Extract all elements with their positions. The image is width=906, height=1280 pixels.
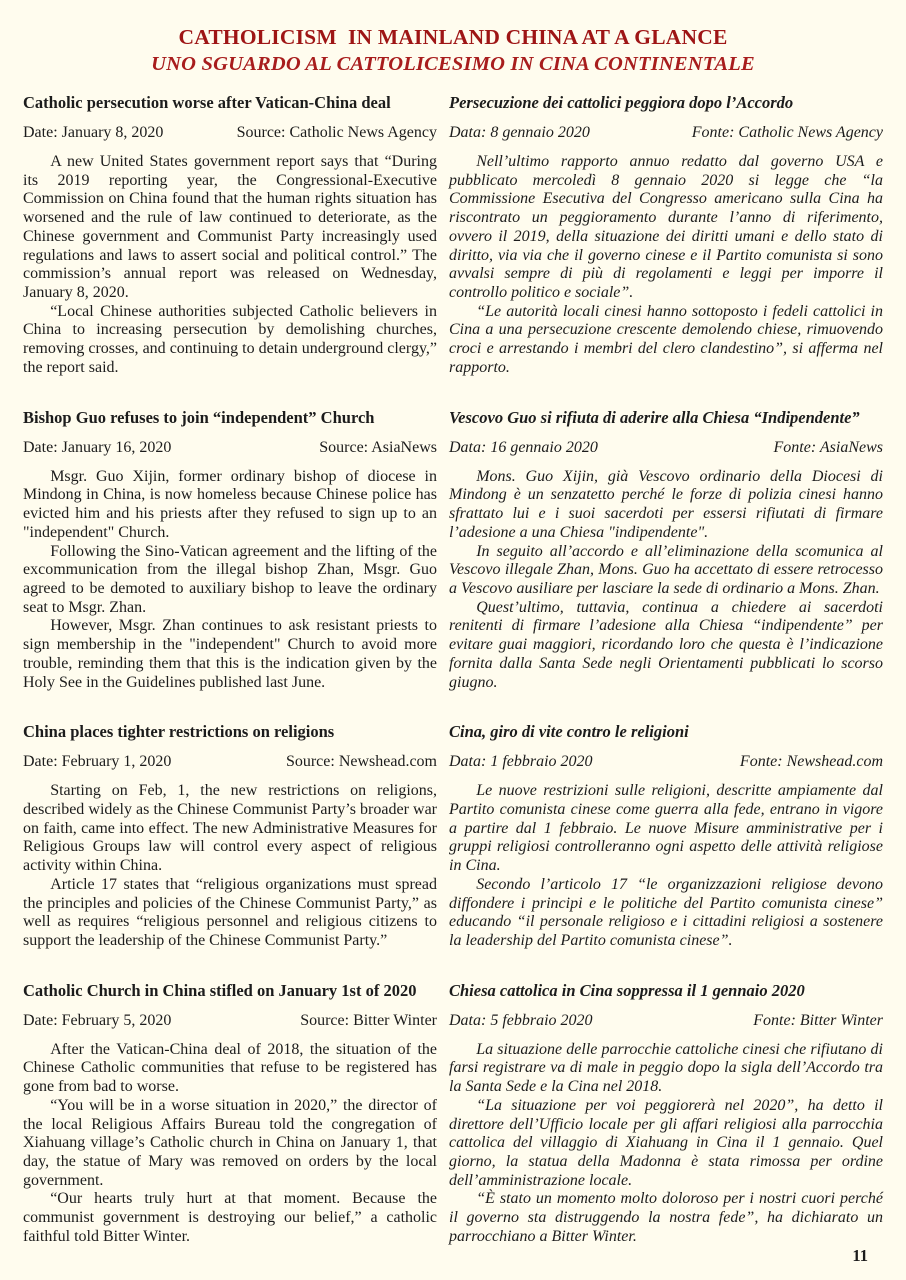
dateline-source: Fonte: Bitter Winter bbox=[753, 1012, 883, 1030]
article-row-church-stifled: Catholic Church in China stifled on Janu… bbox=[23, 981, 883, 1247]
dateline: Data: 1 febbraio 2020 Fonte: Newshead.co… bbox=[449, 753, 883, 771]
article-paragraph: “You will be in a worse situation in 202… bbox=[23, 1097, 437, 1191]
article-heading: China places tighter restrictions on rel… bbox=[23, 722, 437, 742]
article-paragraph: Mons. Guo Xijin, già Vescovo ordinario d… bbox=[449, 468, 883, 543]
article-paragraph: Article 17 states that “religious organi… bbox=[23, 876, 437, 951]
article-body: Msgr. Guo Xijin, former ordinary bishop … bbox=[23, 468, 437, 693]
document-page: CATHOLICISM IN MAINLAND CHINA AT A GLANC… bbox=[0, 0, 906, 1280]
dateline-date: Data: 16 gennaio 2020 bbox=[449, 439, 598, 457]
article-it: Chiesa cattolica in Cina soppressa il 1 … bbox=[449, 981, 883, 1247]
article-paragraph: In seguito all’accordo e all’eliminazion… bbox=[449, 543, 883, 599]
article-paragraph: Secondo l’articolo 17 “le organizzazioni… bbox=[449, 876, 883, 951]
article-en: Catholic Church in China stifled on Janu… bbox=[23, 981, 437, 1247]
article-heading: Persecuzione dei cattolici peggiora dopo… bbox=[449, 93, 883, 113]
article-paragraph: “È stato un momento molto doloroso per i… bbox=[449, 1190, 883, 1246]
article-paragraph: A new United States government report sa… bbox=[23, 153, 437, 303]
page-number: 11 bbox=[852, 1246, 868, 1266]
article-en: Catholic persecution worse after Vatican… bbox=[23, 93, 437, 378]
page-subtitle: UNO SGUARDO AL CATTOLICESIMO IN CINA CON… bbox=[23, 53, 883, 76]
page-title: CATHOLICISM IN MAINLAND CHINA AT A GLANC… bbox=[23, 25, 883, 50]
article-body: A new United States government report sa… bbox=[23, 153, 437, 378]
dateline: Date: January 8, 2020 Source: Catholic N… bbox=[23, 124, 437, 142]
article-body: La situazione delle parrocchie cattolich… bbox=[449, 1041, 883, 1247]
dateline: Date: February 5, 2020 Source: Bitter Wi… bbox=[23, 1012, 437, 1030]
dateline-source: Fonte: AsiaNews bbox=[774, 439, 883, 457]
article-paragraph: “Le autorità locali cinesi hanno sottopo… bbox=[449, 303, 883, 378]
article-it: Cina, giro di vite contro le religioni D… bbox=[449, 722, 883, 950]
dateline-date: Date: February 1, 2020 bbox=[23, 753, 171, 771]
article-body: Nell’ultimo rapporto annuo redatto dal g… bbox=[449, 153, 883, 378]
dateline: Data: 8 gennaio 2020 Fonte: Catholic New… bbox=[449, 124, 883, 142]
article-paragraph: Msgr. Guo Xijin, former ordinary bishop … bbox=[23, 468, 437, 543]
document-header: CATHOLICISM IN MAINLAND CHINA AT A GLANC… bbox=[23, 25, 883, 76]
article-paragraph: “Our hearts truly hurt at that moment. B… bbox=[23, 1190, 437, 1246]
article-body: After the Vatican-China deal of 2018, th… bbox=[23, 1041, 437, 1247]
article-paragraph: Nell’ultimo rapporto annuo redatto dal g… bbox=[449, 153, 883, 303]
articles-grid: Catholic persecution worse after Vatican… bbox=[23, 93, 883, 1247]
article-heading: Catholic persecution worse after Vatican… bbox=[23, 93, 437, 113]
dateline-date: Data: 5 febbraio 2020 bbox=[449, 1012, 593, 1030]
article-heading: Catholic Church in China stifled on Janu… bbox=[23, 981, 437, 1001]
article-heading: Chiesa cattolica in Cina soppressa il 1 … bbox=[449, 981, 883, 1001]
article-paragraph: However, Msgr. Zhan continues to ask res… bbox=[23, 617, 437, 692]
article-paragraph: Le nuove restrizioni sulle religioni, de… bbox=[449, 782, 883, 876]
dateline-source: Source: Catholic News Agency bbox=[237, 124, 437, 142]
dateline-source: Source: AsiaNews bbox=[319, 439, 437, 457]
dateline: Data: 5 febbraio 2020 Fonte: Bitter Wint… bbox=[449, 1012, 883, 1030]
article-paragraph: Quest’ultimo, tuttavia, continua a chied… bbox=[449, 599, 883, 693]
dateline-source: Source: Newshead.com bbox=[286, 753, 437, 771]
dateline-source: Fonte: Catholic News Agency bbox=[692, 124, 883, 142]
dateline: Data: 16 gennaio 2020 Fonte: AsiaNews bbox=[449, 439, 883, 457]
article-en: Bishop Guo refuses to join “independent”… bbox=[23, 408, 437, 693]
dateline-date: Data: 1 febbraio 2020 bbox=[449, 753, 593, 771]
dateline: Date: January 16, 2020 Source: AsiaNews bbox=[23, 439, 437, 457]
dateline-source: Source: Bitter Winter bbox=[300, 1012, 437, 1030]
article-it: Vescovo Guo si rifiuta di aderire alla C… bbox=[449, 408, 883, 693]
article-body: Le nuove restrizioni sulle religioni, de… bbox=[449, 782, 883, 950]
article-row-restrictions: China places tighter restrictions on rel… bbox=[23, 722, 883, 950]
dateline-source: Fonte: Newshead.com bbox=[740, 753, 883, 771]
dateline-date: Date: February 5, 2020 bbox=[23, 1012, 171, 1030]
article-paragraph: Following the Sino-Vatican agreement and… bbox=[23, 543, 437, 618]
article-paragraph: La situazione delle parrocchie cattolich… bbox=[449, 1041, 883, 1097]
article-body: Starting on Feb, 1, the new restrictions… bbox=[23, 782, 437, 950]
dateline: Date: February 1, 2020 Source: Newshead.… bbox=[23, 753, 437, 771]
dateline-date: Data: 8 gennaio 2020 bbox=[449, 124, 590, 142]
article-paragraph: After the Vatican-China deal of 2018, th… bbox=[23, 1041, 437, 1097]
article-heading: Vescovo Guo si rifiuta di aderire alla C… bbox=[449, 408, 883, 428]
article-heading: Bishop Guo refuses to join “independent”… bbox=[23, 408, 437, 428]
article-body: Mons. Guo Xijin, già Vescovo ordinario d… bbox=[449, 468, 883, 693]
article-row-vatican-deal: Catholic persecution worse after Vatican… bbox=[23, 93, 883, 378]
article-row-bishop-guo: Bishop Guo refuses to join “independent”… bbox=[23, 408, 883, 693]
article-paragraph: “La situazione per voi peggiorerà nel 20… bbox=[449, 1097, 883, 1191]
article-paragraph: “Local Chinese authorities subjected Cat… bbox=[23, 303, 437, 378]
dateline-date: Date: January 16, 2020 bbox=[23, 439, 171, 457]
article-paragraph: Starting on Feb, 1, the new restrictions… bbox=[23, 782, 437, 876]
article-it: Persecuzione dei cattolici peggiora dopo… bbox=[449, 93, 883, 378]
dateline-date: Date: January 8, 2020 bbox=[23, 124, 163, 142]
article-en: China places tighter restrictions on rel… bbox=[23, 722, 437, 950]
article-heading: Cina, giro di vite contro le religioni bbox=[449, 722, 883, 742]
